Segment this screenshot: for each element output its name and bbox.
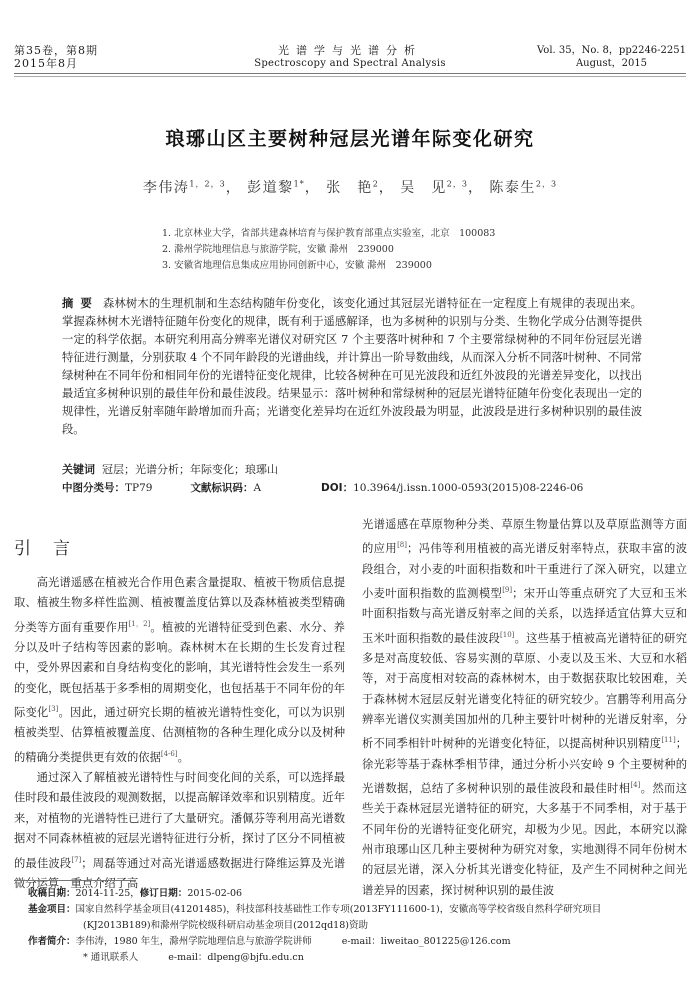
author-affil-marker: 1* <box>294 179 305 188</box>
affiliation-item: 3. 安徽省地理信息集成应用协同创新中心，安徽 滁州 239000 <box>162 258 495 274</box>
affiliation-list: 1. 北京林业大学，省部共建森林培育与保护教育部重点实验室，北京 100083 … <box>162 226 495 274</box>
clc-label: 中图分类号： <box>62 482 125 494</box>
citation-ref[interactable]: [3] <box>48 705 58 713</box>
paragraph: 通过深入了解植被光谱特性与时间变化间的关系，可以选择最佳时段和最佳波段的观测数据… <box>14 768 345 894</box>
paragraph: 高光谱遥感在植被光合作用色素含量提取、植被干物质信息提取、植被生物多样性监测、植… <box>14 573 345 768</box>
publication-date-en: August，2015 <box>537 57 686 70</box>
author-bio-label: 作者简介： <box>28 936 76 947</box>
abstract: 摘要森林树木的生理机制和生态结构随年份变化，该变化通过其冠层光谱特征在一定程度上… <box>62 295 642 439</box>
author-name: 李伟涛 <box>143 180 190 196</box>
citation-ref[interactable]: [10] <box>500 631 514 639</box>
paragraph-text: 。 <box>178 751 189 764</box>
revised-date: 2015-02-06 <box>187 888 242 899</box>
corresponding-email[interactable]: e-mail：dlpeng@bjfu.edu.cn <box>168 952 304 963</box>
doc-code-value: A <box>253 482 261 494</box>
author-name: 吴 见 <box>400 180 447 196</box>
footnote-funding-cont: (KJ2013B189)和滁州学院校级科研启动基金项目(2012qd18)资助 <box>28 918 688 934</box>
paragraph-text: 。植被的光谱特征受到色素、水分、养分以及叶子结构等因素的影响。森林树木在长期的生… <box>14 621 345 719</box>
citation-ref[interactable]: [7] <box>71 856 81 864</box>
body-column-left: 高光谱遥感在植被光合作用色素含量提取、植被干物质信息提取、植被生物多样性监测、植… <box>14 573 345 894</box>
header-rule-secondary <box>14 76 686 77</box>
corresponding-author-label: * 通讯联系人 <box>83 952 138 963</box>
affiliation-item: 2. 滁州学院地理信息与旅游学院，安徽 滁州 239000 <box>162 242 495 258</box>
footnote-rule <box>14 880 136 881</box>
paragraph-text: 。这些基于植被高光谱特征的研究多是对高度较低、容易实测的草原、小麦以及玉米、大豆… <box>362 631 687 750</box>
affiliation-item: 1. 北京林业大学，省部共建森林培育与保护教育部重点实验室，北京 100083 <box>162 226 495 242</box>
footnotes: 收稿日期：2014-11-25，修订日期：2015-02-06 基金项目：国家自… <box>28 886 688 966</box>
author-list: 李伟涛1，2，3， 彭道黎1*， 张 艳2， 吴 见2，3， 陈泰生2，3 <box>0 177 700 197</box>
journal-citation: Vol. 35，No. 8，pp2246-2251 August，2015 <box>537 44 686 70</box>
footnote-dates: 收稿日期：2014-11-25，修订日期：2015-02-06 <box>28 886 688 902</box>
author-separator: ， <box>379 180 395 196</box>
volume-pages: Vol. 35，No. 8，pp2246-2251 <box>537 44 686 57</box>
doi-label: DOI： <box>321 482 353 494</box>
citation-ref[interactable]: [1，2] <box>129 620 151 628</box>
footnote-corresponding: * 通讯联系人e-mail：dlpeng@bjfu.edu.cn <box>28 950 688 966</box>
author-affil-marker: 1，2，3 <box>189 179 225 188</box>
received-date: 2014-11-25， <box>76 888 140 899</box>
section-heading-introduction: 引言 <box>14 534 92 559</box>
author-separator: ， <box>226 180 242 196</box>
author-name: 彭道黎 <box>247 180 294 196</box>
author-name: 张 艳 <box>326 180 373 196</box>
doc-code-label: 文献标识码： <box>190 482 253 494</box>
citation-ref[interactable]: [4-6] <box>161 750 178 758</box>
revised-label: 修订日期： <box>140 888 188 899</box>
received-label: 收稿日期： <box>28 888 76 899</box>
paper-title: 琅琊山区主要树种冠层光谱年际变化研究 <box>0 124 700 151</box>
citation-ref[interactable]: [4] <box>630 781 640 789</box>
citation-ref[interactable]: [8] <box>397 541 407 549</box>
body-column-right: 光谱遥感在草原物种分类、草原生物量估算以及草原监测等方面的应用[8]；冯伟等利用… <box>362 515 687 901</box>
keywords: 关键词 冠层；光谱分析；年际变化；琅琊山 <box>62 461 278 479</box>
funding-label: 基金项目： <box>28 904 76 915</box>
author-affil-marker: 2，3 <box>536 179 557 188</box>
author-separator: ， <box>468 180 484 196</box>
footnote-funding: 基金项目：国家自然科学基金项目(41201485)，科技部科技基础性工作专项(2… <box>28 902 688 918</box>
header-rule <box>14 73 686 74</box>
keywords-text: 冠层；光谱分析；年际变化；琅琊山 <box>102 463 278 476</box>
clc-value: TP79 <box>125 482 152 494</box>
abstract-label: 摘要 <box>62 297 99 310</box>
citation-ref[interactable]: [9] <box>502 586 512 594</box>
classification-info: 中图分类号：TP79文献标识码：ADOI：10.3964/j.issn.1000… <box>62 479 583 497</box>
author-separator: ， <box>305 180 321 196</box>
paragraph-text: 通过深入了解植被光谱特性与时间变化间的关系，可以选择最佳时段和最佳波段的观测数据… <box>14 771 345 869</box>
abstract-text: 森林树木的生理机制和生态结构随年份变化，该变化通过其冠层光谱特征在一定程度上有规… <box>62 297 642 436</box>
citation-ref[interactable]: [11] <box>661 736 675 744</box>
paragraph-continued: 光谱遥感在草原物种分类、草原生物量估算以及草原监测等方面的应用[8]；冯伟等利用… <box>362 515 687 901</box>
author-affil-marker: 2，3 <box>447 179 468 188</box>
doi-value[interactable]: 10.3964/j.issn.1000-0593(2015)08-2246-06 <box>353 482 583 494</box>
author-email[interactable]: e-mail：liweitao_801225@126.com <box>342 936 511 947</box>
author-bio-text: 李伟涛，1980 年生，滁州学院地理信息与旅游学院讲师 <box>76 936 312 947</box>
author-name: 陈泰生 <box>489 180 536 196</box>
funding-text: 国家自然科学基金项目(41201485)，科技部科技基础性工作专项(2013FY… <box>76 904 602 915</box>
keywords-label: 关键词 <box>62 463 95 476</box>
paragraph-text: 。然而这些关于森林冠层光谱特征的研究，大多基于不同季相，对于基于不同年份的光谱特… <box>362 782 687 897</box>
footnote-author: 作者简介：李伟涛，1980 年生，滁州学院地理信息与旅游学院讲师e-mail：l… <box>28 934 688 950</box>
